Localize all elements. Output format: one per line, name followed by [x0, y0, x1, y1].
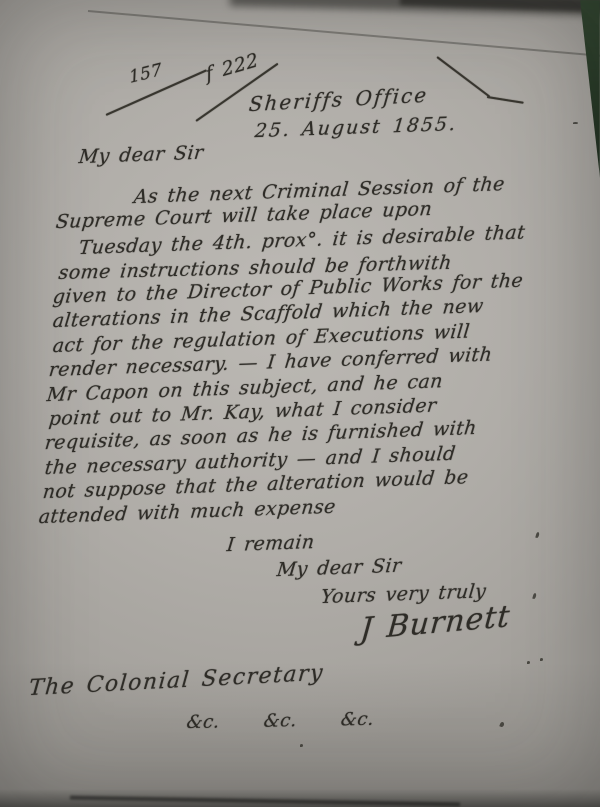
- ink-speck: [527, 661, 530, 664]
- ink-speck: [300, 744, 303, 747]
- closing-i-remain: I remain: [226, 531, 316, 556]
- letter-photograph: 157 f 222 Sheriffs Office 25. August 185…: [0, 0, 600, 807]
- ink-speck: [573, 122, 578, 124]
- ink-speck: [540, 658, 543, 661]
- closing-my-dear-sir: My dear Sir: [276, 555, 403, 581]
- addressee-etc: &c. &c. &c.: [185, 709, 375, 733]
- salutation: My dear Sir: [78, 142, 205, 168]
